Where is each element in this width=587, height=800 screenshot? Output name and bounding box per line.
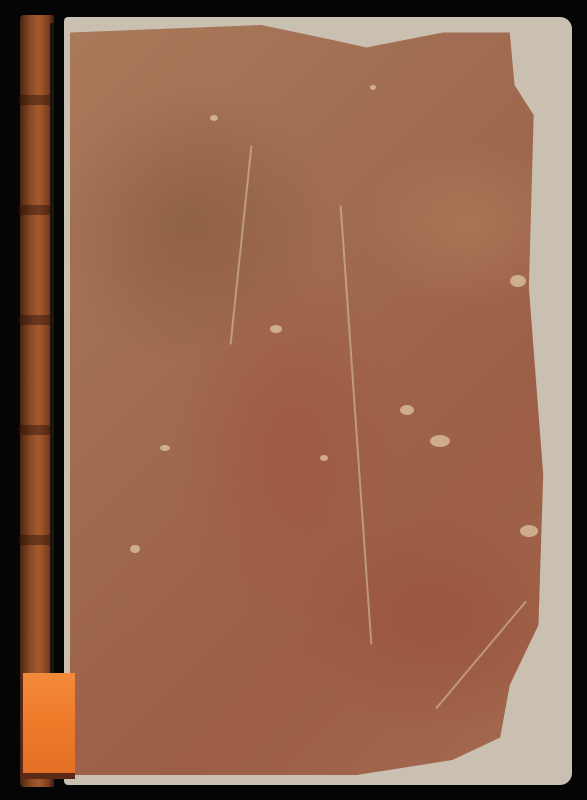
spine-label (23, 673, 75, 779)
book (20, 15, 572, 787)
leather-cover (70, 25, 548, 775)
spine-edge-line (50, 23, 54, 673)
book-spine (20, 15, 54, 787)
